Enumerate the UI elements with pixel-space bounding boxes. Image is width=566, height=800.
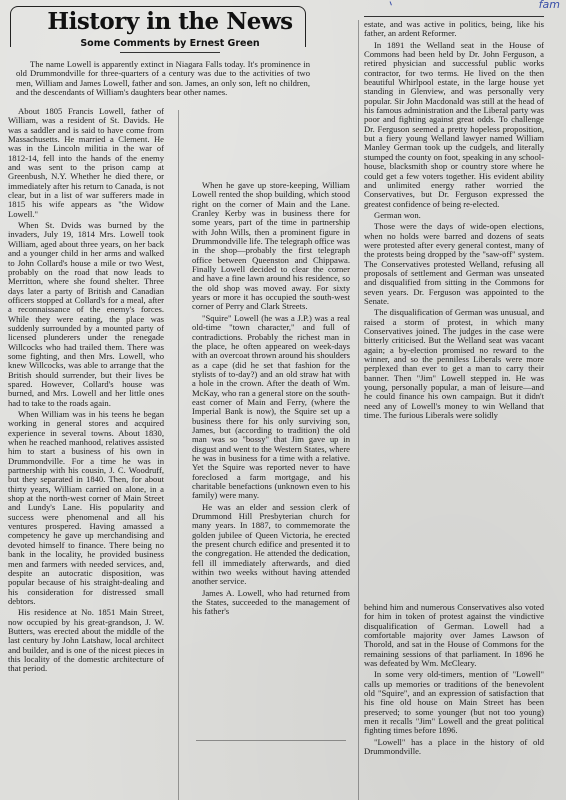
middle-column: When he gave up store-keeping, William L…	[192, 181, 350, 619]
article-byline: Some Comments by Ernest Green	[0, 38, 340, 49]
paragraph: He was an elder and session clerk of Dru…	[192, 503, 350, 587]
paragraph: James A. Lowell, who had returned from t…	[192, 589, 350, 617]
paragraph: In 1891 the Welland seat in the House of…	[364, 41, 544, 209]
middle-column-end-rule	[196, 740, 346, 741]
right-column-lower: behind him and numerous Conservatives al…	[364, 603, 544, 759]
paragraph: The disqualification of German was unusu…	[364, 308, 544, 420]
paragraph: In some very old-timers, mention of "Low…	[364, 670, 544, 735]
paragraph: When he gave up store-keeping, William L…	[192, 181, 350, 312]
paragraph: When St. Dvids was burned by the invader…	[8, 221, 164, 408]
handwritten-note: fam	[539, 0, 560, 11]
paragraph: "Lowell" has a place in the history of o…	[364, 738, 544, 757]
column-divider-right	[358, 20, 359, 800]
paragraph: When William was in his teens he began w…	[8, 410, 164, 606]
intro-paragraph: The name Lowell is apparently extinct in…	[16, 60, 310, 97]
paragraph: His residence at No. 1851 Main Street, n…	[8, 608, 164, 673]
right-column-upper: estate, and was active in politics, bein…	[364, 20, 544, 422]
left-column: About 1805 Francis Lowell, father of Wil…	[8, 107, 164, 676]
newspaper-clipping: fam History in the News Some Comments by…	[0, 0, 566, 800]
paragraph: Those were the days of wide-open electio…	[364, 222, 544, 306]
right-column-top-rule	[364, 16, 544, 17]
handwritten-mark	[390, 0, 400, 5]
article-title: History in the News	[0, 8, 340, 35]
paragraph: German won.	[364, 211, 544, 220]
paragraph: About 1805 Francis Lowell, father of Wil…	[8, 107, 164, 219]
article-intro: The name Lowell is apparently extinct in…	[16, 60, 310, 99]
paragraph: behind him and numerous Conservatives al…	[364, 603, 544, 668]
paragraph: "Squire" Lowell (he was a J.P.) was a re…	[192, 314, 350, 501]
byline-divider	[120, 52, 220, 53]
column-divider-left	[178, 110, 179, 800]
paragraph: estate, and was active in politics, bein…	[364, 20, 544, 39]
